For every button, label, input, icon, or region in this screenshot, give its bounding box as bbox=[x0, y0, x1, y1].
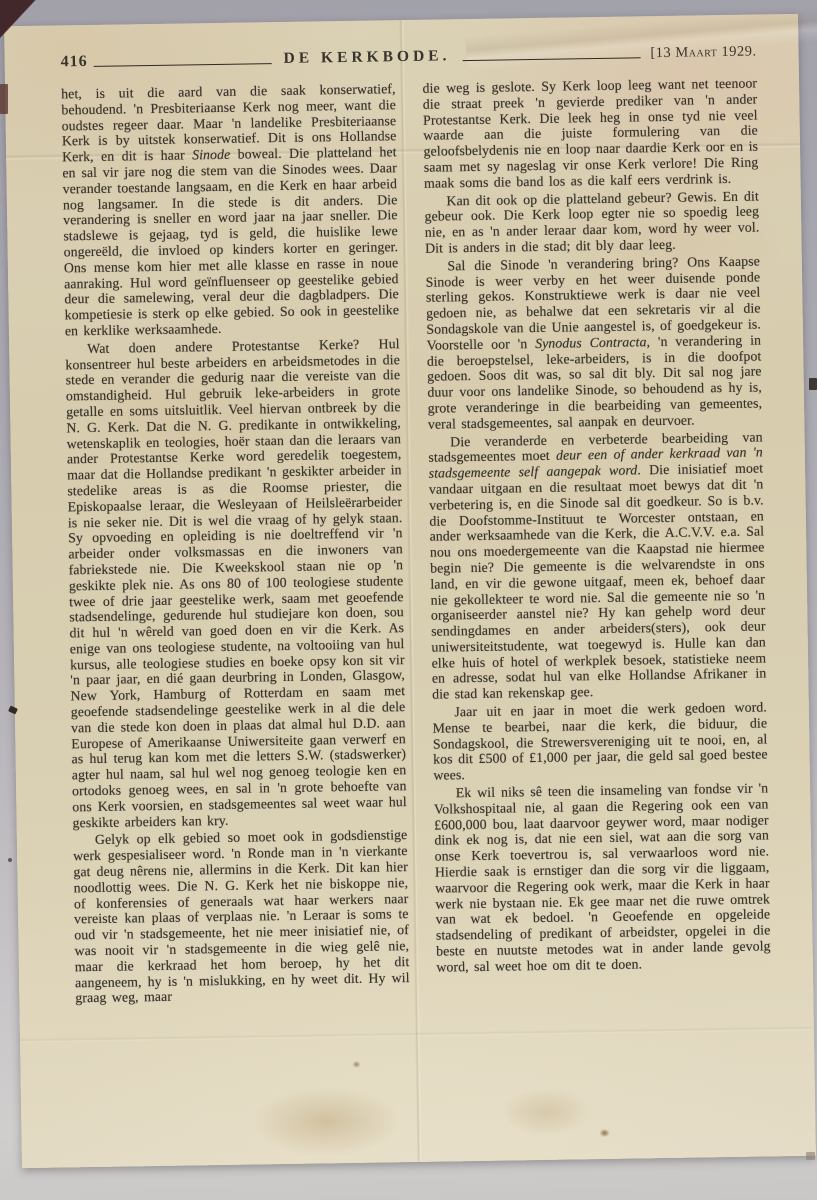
photo-corner-shadow bbox=[0, 0, 36, 46]
stain-mark bbox=[251, 1085, 402, 1157]
fold-crease-horizontal bbox=[20, 1026, 814, 1043]
page-number: 416 bbox=[61, 53, 88, 71]
newspaper-page: 416 DE KERKBODE. [13 Maart 1929. het, is… bbox=[4, 14, 816, 1168]
edge-mark bbox=[0, 84, 8, 114]
article-columns: het, is uit die aard van die saak konser… bbox=[61, 75, 771, 1008]
header-rule-right bbox=[462, 57, 640, 61]
page-content: 416 DE KERKBODE. [13 Maart 1929. het, is… bbox=[61, 42, 772, 1008]
paragraph: Sal die Sinode 'n verandering bring? Ons… bbox=[425, 253, 762, 432]
stain-mark bbox=[599, 1129, 609, 1137]
paragraph: Ek wil niks sê teen die insameling van f… bbox=[434, 780, 771, 975]
paragraph: Kan dit ook op die platteland gebeur? Ge… bbox=[424, 188, 759, 256]
stain-mark bbox=[352, 1061, 360, 1068]
masthead-title: DE KERKBODE. bbox=[281, 47, 452, 68]
paragraph: Gelyk op elk gebied so moet ook in godsd… bbox=[73, 828, 410, 1007]
edge-mark bbox=[806, 1152, 815, 1160]
stain-mark bbox=[501, 1087, 592, 1136]
paragraph: het, is uit die aard van die saak konser… bbox=[61, 81, 399, 339]
page-header: 416 DE KERKBODE. [13 Maart 1929. bbox=[61, 42, 757, 71]
paragraph: Jaar uit en jaar in moet die werk gedoen… bbox=[432, 699, 768, 783]
photo-background: 416 DE KERKBODE. [13 Maart 1929. het, is… bbox=[0, 0, 817, 1200]
header-rule-left bbox=[94, 63, 272, 67]
column-left: het, is uit die aard van die saak konser… bbox=[61, 81, 410, 1008]
paragraph: Wat doen andere Protestantse Kerke? Hul … bbox=[65, 336, 407, 831]
paragraph: die weg is geslote. Sy Kerk loop leeg wa… bbox=[422, 75, 758, 191]
paragraph: Die veranderde en verbeterde bearbeiding… bbox=[428, 429, 767, 703]
ink-speck bbox=[8, 858, 12, 862]
edge-mark bbox=[809, 378, 817, 390]
column-right: die weg is geslote. Sy Kerk loop leeg wa… bbox=[422, 75, 771, 1002]
dateline: [13 Maart 1929. bbox=[650, 43, 756, 62]
